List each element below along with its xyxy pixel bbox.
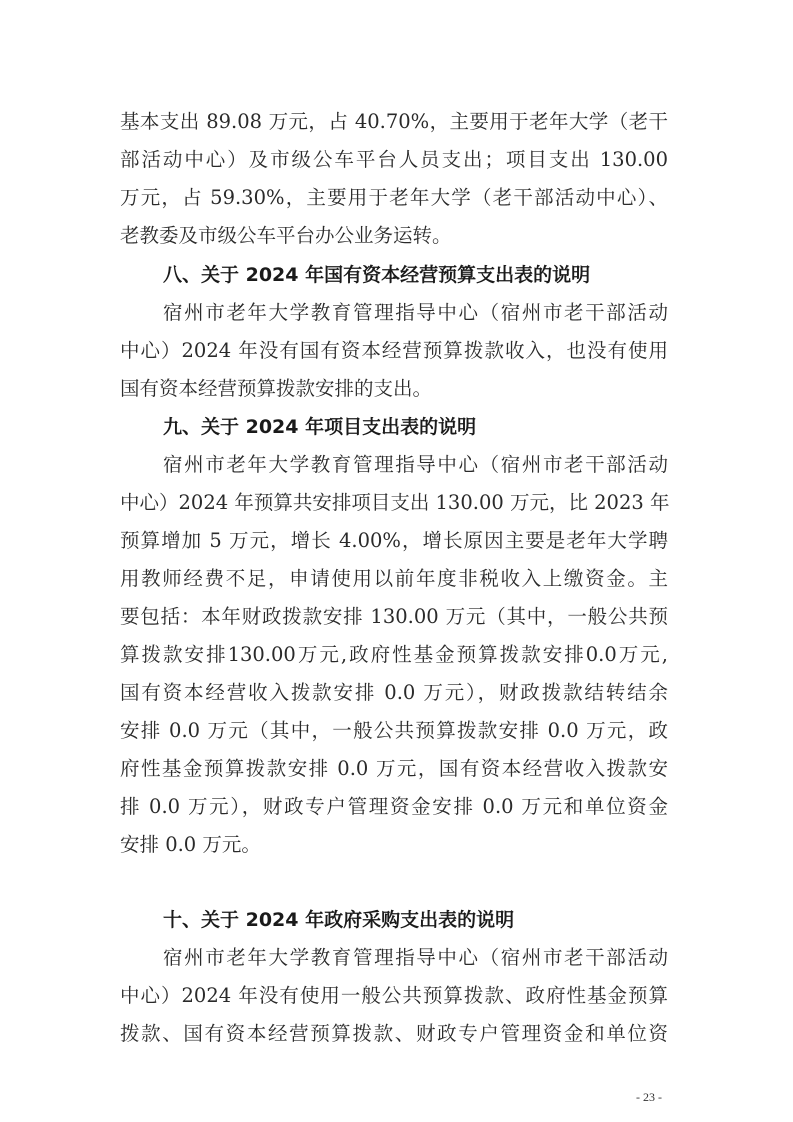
document-page: 基本支出 89.08 万元，占 40.70%，主要用于老年大学（老干 部活动中心… — [0, 0, 793, 1122]
paragraph-line: 安排 0.0 万元。 — [120, 830, 668, 860]
paragraph-line: 中心）2024 年预算共安排项目支出 130.00 万元，比 2023 年 — [120, 488, 668, 518]
paragraph-line: 要包括：本年财政拨款安排 130.00 万元（其中，一般公共预 — [120, 602, 668, 632]
paragraph-line: 算拨款安排130.00万元,政府性基金预算拨款安排0.0万元, — [120, 640, 668, 670]
paragraph-line: 国有资本经营预算拨款安排的支出。 — [120, 374, 668, 404]
paragraph-line: 国有资本经营收入拨款安排 0.0 万元），财政拨款结转结余 — [120, 678, 668, 708]
paragraph-line: 拨款、国有资本经营预算拨款、财政专户管理资金和单位资 — [120, 1019, 668, 1049]
section-heading-9: 九、关于 2024 年项目支出表的说明 — [163, 412, 476, 442]
paragraph-line: 宿州市老年大学教育管理指导中心（宿州市老干部活动 — [163, 943, 668, 973]
paragraph-line: 宿州市老年大学教育管理指导中心（宿州市老干部活动 — [163, 450, 668, 480]
page-number: - 23 - — [636, 1090, 662, 1105]
paragraph-line: 宿州市老年大学教育管理指导中心（宿州市老干部活动 — [163, 298, 668, 328]
paragraph-line: 万元，占 59.30%，主要用于老年大学（老干部活动中心）、 — [120, 183, 668, 213]
paragraph-line: 老教委及市级公车平台办公业务运转。 — [120, 221, 668, 251]
section-heading-8: 八、关于 2024 年国有资本经营预算支出表的说明 — [163, 260, 590, 290]
paragraph-line: 中心）2024 年没有国有资本经营预算拨款收入，也没有使用 — [120, 336, 668, 366]
paragraph-line: 基本支出 89.08 万元，占 40.70%，主要用于老年大学（老干 — [120, 107, 668, 137]
paragraph-line: 排 0.0 万元），财政专户管理资金安排 0.0 万元和单位资金 — [120, 792, 668, 822]
section-heading-10: 十、关于 2024 年政府采购支出表的说明 — [163, 905, 514, 935]
paragraph-line: 安排 0.0 万元（其中，一般公共预算拨款安排 0.0 万元，政 — [120, 716, 668, 746]
paragraph-line: 用教师经费不足，申请使用以前年度非税收入上缴资金。主 — [120, 564, 668, 594]
paragraph-line: 部活动中心）及市级公车平台人员支出；项目支出 130.00 — [120, 145, 668, 175]
paragraph-line: 预算增加 5 万元，增长 4.00%，增长原因主要是老年大学聘 — [120, 526, 668, 556]
paragraph-line: 府性基金预算拨款安排 0.0 万元，国有资本经营收入拨款安 — [120, 754, 668, 784]
paragraph-line: 中心）2024 年没有使用一般公共预算拨款、政府性基金预算 — [120, 981, 668, 1011]
